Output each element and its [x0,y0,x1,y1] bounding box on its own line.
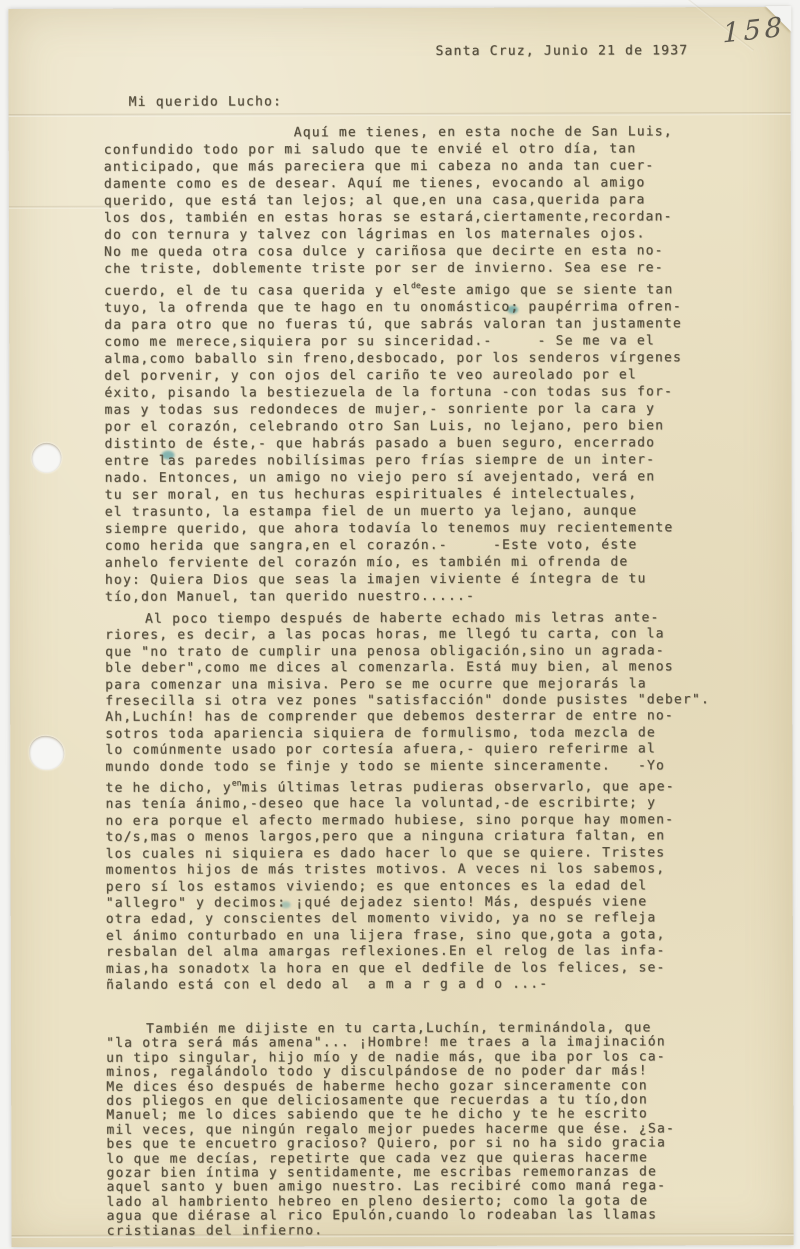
salutation: Mi querido Lucho: [129,94,283,109]
letter-paragraph-2: Al poco tiempo después de haberte echado… [105,610,751,994]
dateline: Santa Cruz, Junio 21 de 1937 [435,43,688,59]
page-number-handwritten: 158 [723,12,786,50]
letter-paragraph-3: También me dijiste en tu carta,Luchín, t… [106,1021,752,1239]
punch-hole-top [32,443,62,473]
fold-crease-top [9,112,791,117]
letter-page: 158 Santa Cruz, Junio 21 de 1937 Mi quer… [8,7,793,1247]
letter-paragraph-1: Aquí me tienes, en esta noche de San Lui… [104,123,750,606]
punch-hole-bottom [29,736,64,770]
scanned-letter-background: { "document": { "page_number": "158", "d… [0,0,800,1249]
